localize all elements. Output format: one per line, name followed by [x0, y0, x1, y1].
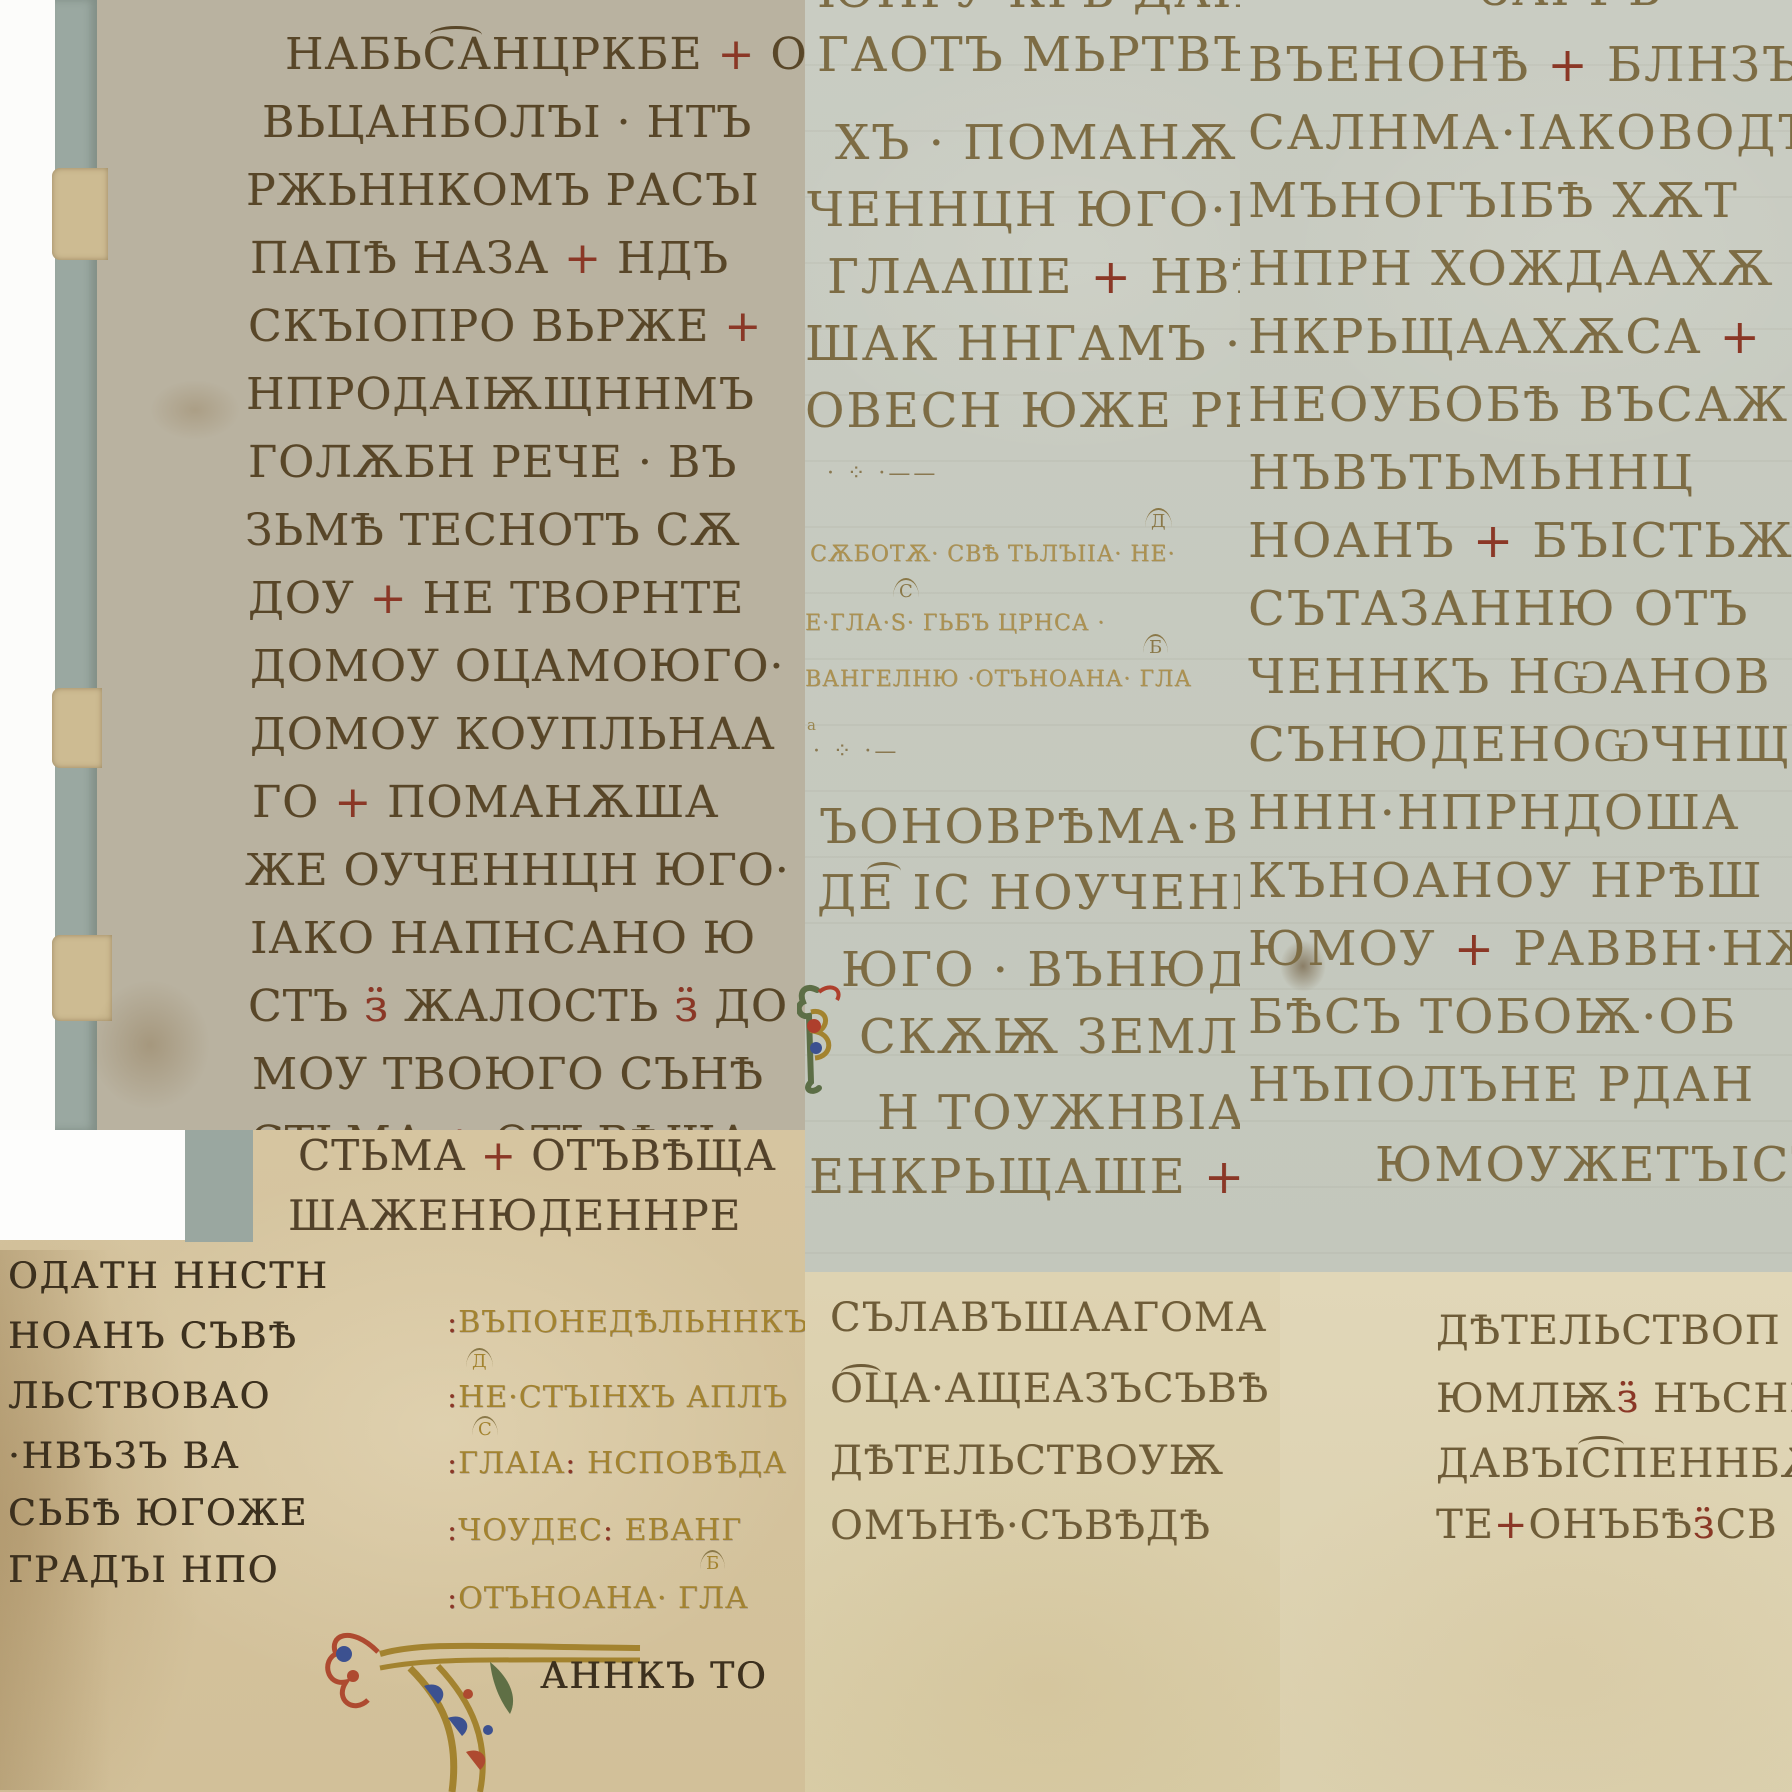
text-line: Н ТОУЖНВІАА — [877, 1088, 1285, 1138]
photo-tile-bottom-left: СТЬМА + ОТЪВѢЩА ШАЖЕНЮДЕННРЕ ОДАТН ННСТН… — [0, 1130, 805, 1792]
text-line: ШАЖЕНЮДЕННРЕ — [288, 1194, 741, 1238]
text-line: ГОЛѪБН РЕЧЕ · ВЪ — [248, 440, 737, 486]
superscript-letter: Б — [700, 1550, 725, 1574]
text-line: НКРЬЩААХѪСА + — [1248, 312, 1762, 362]
text-line: НОАНЪ + БЪІСТЬЖ — [1248, 516, 1792, 566]
text-line: СЬБѢ ЮГОЖЕ — [8, 1495, 308, 1533]
text-line: МОУ ТВОЮГО СЪНѢ — [252, 1052, 764, 1098]
text-line: ОМЪНѢ·СЪВѢДѢ — [830, 1505, 1211, 1547]
parchment-stain — [150, 380, 240, 440]
titlo-mark — [430, 26, 482, 35]
text-line: НЪПОЛЪНЕ РДАН — [1248, 1060, 1755, 1110]
margin-note: а — [807, 718, 816, 734]
text-line: НЪВЪТЬМЬННЦ — [1248, 448, 1695, 498]
rubric-line: :ВЪПОНЕДѢЛЬННКЪ — [447, 1307, 805, 1339]
text-line: ЮМЛѬӟ НЪСНГ — [1436, 1378, 1792, 1420]
text-line: ДОМОУ ОЦАМОЮГО· — [250, 644, 784, 690]
superscript-letter: Д — [466, 1348, 493, 1372]
text-line: НАБЬСАНЦРКБЕ + О — [285, 32, 805, 78]
small-illuminated-initial — [797, 982, 849, 1094]
rubric-line: :ЧОУДЕС: ЕВАНГ — [447, 1515, 742, 1547]
text-line: ЧЕННКЪ НѠАНОВ — [1248, 652, 1771, 702]
text-line: ДОУ + НЕ ТВОРНТЕ — [248, 576, 744, 622]
text-line: ШАК ННГАМЪ · Н — [805, 319, 1303, 369]
text-line-clipped: СТЬМА + ОТЪВѢЩА — [250, 1120, 751, 1130]
rubric-line: ВАНГЕЛНЮ ·ОТЪНОАНА· ГЛА — [805, 668, 1192, 691]
manuscript-composite: НАБЬСАНЦРКБЕ + О ВЬЦАНБОЛЪІ · НТЪ РЖЬННК… — [0, 0, 1792, 1792]
scribal-flourish: · ⁘ ·—— — [827, 462, 938, 485]
photo-tile-top-middle: ЮНГУ КРЬ ДАІНУЪ ГАОТЪ МЬРТВЪІ ХЪ · ПОМАН… — [805, 0, 1240, 1272]
rubric-line: :ГЛАІА: НСПОВѢДА — [447, 1448, 787, 1480]
text-line: БѢСЪ ТОБОѬ·ОБ — [1248, 992, 1737, 1042]
text-line: ІАКО НАПНСАНО Ю — [250, 916, 756, 962]
text-line: СТЬМА + ОТЪВѢЩА — [298, 1134, 777, 1178]
photo-tile-bottom-middle: СЪЛАВЪШААГОМА ОЦА·АЩЕАЗЪСЪВѢ ДѢТЕЛЬСТВОУ… — [805, 1272, 1280, 1792]
text-line: ГО + ПОМАНѪША — [252, 780, 719, 826]
binding-tab — [52, 168, 108, 260]
text-line: ДѢТЕЛЬСТВОУѬ — [830, 1440, 1224, 1482]
text-line: СКЪІОПРО ВЬРЖЕ + — [248, 304, 762, 350]
text-line: РЖЬННКОМЪ РАСЪІ — [246, 168, 759, 214]
text-line: ЮМОУ + РАВВН·НЖ — [1248, 924, 1792, 974]
text-line: НПРН ХОЖДААХѪ — [1248, 244, 1774, 294]
text-line: ·НВЪЗЪ ВА — [8, 1438, 240, 1476]
text-line: СЪНЮДЕНОѠЧНЩ — [1248, 720, 1791, 770]
text-line: НЕОУБОБѢ ВЪСАЖ — [1248, 380, 1789, 430]
scribal-flourish: · ⁘ ·— — [813, 740, 899, 763]
text-line: ПАПѢ НАЗА + НДЪ — [250, 236, 729, 282]
text-line: НОАНЪ СЪВѢ — [8, 1318, 298, 1356]
text-line: ЗЬМѢ ТЕСНОТЪ СѪ — [245, 508, 741, 554]
text-line: ЮМОУЖЕТЪІСЪВ — [1375, 1140, 1792, 1190]
photo-tile-top-left: НАБЬСАНЦРКБЕ + О ВЬЦАНБОЛЪІ · НТЪ РЖЬННК… — [0, 0, 805, 1130]
text-line: ГАОТЪ МЬРТВЪІ — [817, 30, 1274, 80]
rubric-line: СѪБОТѪ· СВѢ ТЬЛЪІІА· НЕ· — [810, 543, 1175, 566]
text-line: ГРАДЪІ НПО — [8, 1552, 279, 1590]
rubric-line: :НЕ·СТЪІНХЪ АПЛЪ — [447, 1382, 788, 1414]
text-line: ВЪЕНОНѢ + БЛНЗЪ — [1248, 40, 1792, 90]
illuminated-initial — [320, 1602, 660, 1792]
text-line-clipped: ЗАІ ГЪ — [1480, 0, 1662, 14]
white-patch — [0, 0, 55, 1130]
photo-tile-top-right: ЗАІ ГЪ ВЪЕНОНѢ + БЛНЗЪ САЛНМА·ІАКОВОДЪ М… — [1240, 0, 1792, 1272]
white-patch — [0, 1130, 185, 1240]
text-line: ЛЬСТВОВАО — [8, 1378, 271, 1416]
rubric-line: Е·ГЛА·Ѕ· ГЬБЪ ЦРНСА · — [805, 612, 1105, 635]
text-line: ВЬЦАНБОЛЪІ · НТЪ — [262, 100, 752, 146]
text-line: ННН·НПРНДОША — [1248, 788, 1740, 838]
text-line: ДАВЪІСПЕННБѪ — [1436, 1443, 1792, 1485]
text-line: КЪНОАНОУ НРѢШ — [1248, 856, 1764, 906]
text-line: ТЕ+ОНЪБѢӟСВ — [1436, 1504, 1778, 1546]
text-line: ДОМОУ КОУПЛЬНАА — [250, 712, 775, 758]
titlo-mark — [1578, 1436, 1624, 1445]
binding-tab — [52, 688, 102, 768]
text-line: СТЪ ӟ ЖАЛОСТЬ ӟ ДО — [248, 984, 788, 1030]
text-line: САЛНМА·ІАКОВОДЪ — [1248, 108, 1792, 158]
photo-tile-bottom-right: ДѢТЕЛЬСТВОП ЮМЛѬӟ НЪСНГ ДАВЪІСПЕННБѪ ТЕ+… — [1280, 1272, 1792, 1792]
text-line: СЪТАЗАННЮ ОТЪ — [1248, 584, 1749, 634]
text-line-clipped: ЮНГУ КРЬ ДАІНУЪ — [817, 0, 1240, 16]
text-line: ОЦА·АЩЕАЗЪСЪВѢ — [830, 1368, 1269, 1410]
text-line: АННКЪ ТО — [540, 1658, 767, 1696]
text-line: СЪЛАВЪШААГОМА — [830, 1297, 1267, 1339]
text-line: МЪНОГЪІБѢ ХѪТ — [1248, 176, 1739, 226]
text-line: ОДАТН ННСТН — [8, 1258, 329, 1296]
backdrop-strip — [185, 1130, 253, 1242]
binding-tab — [52, 935, 112, 1021]
superscript-letter: С — [472, 1416, 498, 1440]
text-line: ДѢТЕЛЬСТВОП — [1436, 1310, 1781, 1352]
text-line: НПРОДАІѬЩННМЪ — [246, 372, 755, 418]
text-line: ЖЕ ОУЧЕННЦН ЮГО· — [245, 848, 790, 894]
